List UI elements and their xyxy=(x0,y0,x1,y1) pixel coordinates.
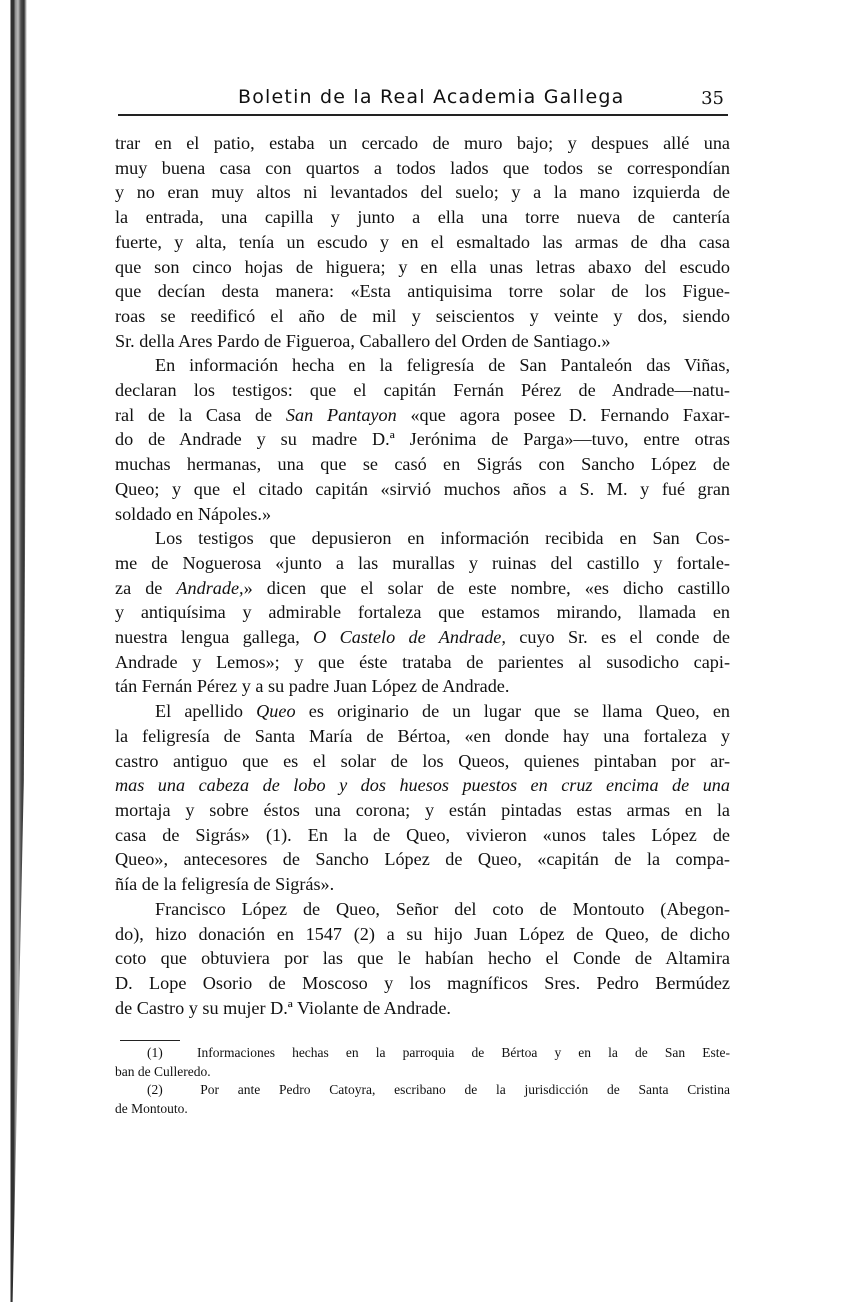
text-line: y antiquísima y admirable fortaleza que … xyxy=(115,600,730,625)
italic-place-name: San Pantayon xyxy=(286,405,397,425)
text-line: coto que obtuviera por las que le habían… xyxy=(115,946,730,971)
running-header: Boletin de la Real Academia Gallega 35 xyxy=(118,82,728,116)
paragraph-start: Los testigos que depusieron en informaci… xyxy=(115,526,730,551)
body-text: trar en el patio, estaba un cercado de m… xyxy=(115,131,730,1020)
text-span: cuyo Sr. es el conde de xyxy=(506,627,730,647)
footnote-2: (2) Por ante Pedro Catoyra, escribano de… xyxy=(115,1081,730,1100)
text-line: muchas hermanas, una que se casó en Sigr… xyxy=(115,452,730,477)
text-span: nuestra lengua gallega, xyxy=(115,627,313,647)
text-line: y no eran muy altos ni levantados del su… xyxy=(115,180,730,205)
text-line: fuerte, y alta, tenía un escudo y en el … xyxy=(115,230,730,255)
footnote-1-continued: ban de Culleredo. xyxy=(115,1063,730,1082)
footnote-1: (1) Informaciones hechas en la parroquia… xyxy=(115,1044,730,1063)
text-line: ñía de la feligresía de Sigrás». xyxy=(115,872,730,897)
footnote-rule xyxy=(120,1040,180,1041)
text-line: Sr. della Ares Pardo de Figueroa, Caball… xyxy=(115,329,730,354)
text-line: roas se reedificó el año de mil y seisci… xyxy=(115,304,730,329)
text-line: za de Andrade,» dicen que el solar de es… xyxy=(115,576,730,601)
paragraph-start: En información hecha en la feligresía de… xyxy=(115,353,730,378)
text-span: El apellido xyxy=(155,701,256,721)
text-line: castro antiguo que es el solar de los Qu… xyxy=(115,749,730,774)
journal-title: Boletin de la Real Academia Gallega xyxy=(238,86,624,108)
text-line: declaran los testigos: que el capitán Fe… xyxy=(115,378,730,403)
text-line: do de Andrade y su madre D.ª Jerónima de… xyxy=(115,427,730,452)
text-span: es originario de un lugar que se llama Q… xyxy=(296,701,730,721)
paragraph-start: El apellido Queo es originario de un lug… xyxy=(115,699,730,724)
text-line: muy buena casa con quartos a todos lados… xyxy=(115,156,730,181)
text-line: mortaja y sobre éstos una corona; y está… xyxy=(115,798,730,823)
italic-surname: Queo xyxy=(256,701,295,721)
text-line: me de Noguerosa «junto a las murallas y … xyxy=(115,551,730,576)
header-rule xyxy=(118,114,728,116)
page-number: 35 xyxy=(701,88,724,109)
italic-place-name: O Castelo de Andrade, xyxy=(313,627,506,647)
text-line: Queo», antecesores de Sancho López de Qu… xyxy=(115,847,730,872)
text-line: trar en el patio, estaba un cercado de m… xyxy=(115,131,730,156)
scanned-page-binding-edge xyxy=(0,0,28,1302)
footnote-marker: (1) xyxy=(147,1045,163,1060)
text-line: que son cinco hojas de higuera; y en ell… xyxy=(115,255,730,280)
text-line: la entrada, una capilla y junto a ella u… xyxy=(115,205,730,230)
text-line: de Castro y su mujer D.ª Violante de And… xyxy=(115,996,730,1021)
text-span: » dicen que el solar de este nombre, «es… xyxy=(244,578,730,598)
text-line: nuestra lengua gallega, O Castelo de And… xyxy=(115,625,730,650)
text-span: «que agora posee D. Fernando Faxar- xyxy=(397,405,730,425)
text-line: que decían desta manera: «Esta antiquisi… xyxy=(115,279,730,304)
text-line: Andrade y Lemos»; y que éste trataba de … xyxy=(115,650,730,675)
text-line: D. Lope Osorio de Moscoso y los magnífic… xyxy=(115,971,730,996)
text-line: tán Fernán Pérez y a su padre Juan López… xyxy=(115,674,730,699)
footnote-text: Informaciones hechas en la parroquia de … xyxy=(197,1045,730,1060)
footnotes: (1) Informaciones hechas en la parroquia… xyxy=(115,1044,730,1118)
footnote-2-continued: de Montouto. xyxy=(115,1100,730,1119)
text-line: la feligresía de Santa María de Bértoa, … xyxy=(115,724,730,749)
text-line: casa de Sigrás» (1). En la de Queo, vivi… xyxy=(115,823,730,848)
footnote-text: Por ante Pedro Catoyra, escribano de la … xyxy=(200,1082,730,1097)
text-span: ral de la Casa de xyxy=(115,405,286,425)
text-line: do), hizo donación en 1547 (2) a su hijo… xyxy=(115,922,730,947)
text-line: mas una cabeza de lobo y dos huesos pues… xyxy=(115,773,730,798)
text-line: Queo; y que el citado capitán «sirvió mu… xyxy=(115,477,730,502)
paragraph-start: Francisco López de Queo, Señor del coto … xyxy=(115,897,730,922)
italic-place-name: Andrade, xyxy=(176,578,243,598)
footnote-marker: (2) xyxy=(147,1082,163,1097)
text-line: soldado en Nápoles.» xyxy=(115,502,730,527)
text-line: ral de la Casa de San Pantayon «que agor… xyxy=(115,403,730,428)
text-span: za de xyxy=(115,578,176,598)
